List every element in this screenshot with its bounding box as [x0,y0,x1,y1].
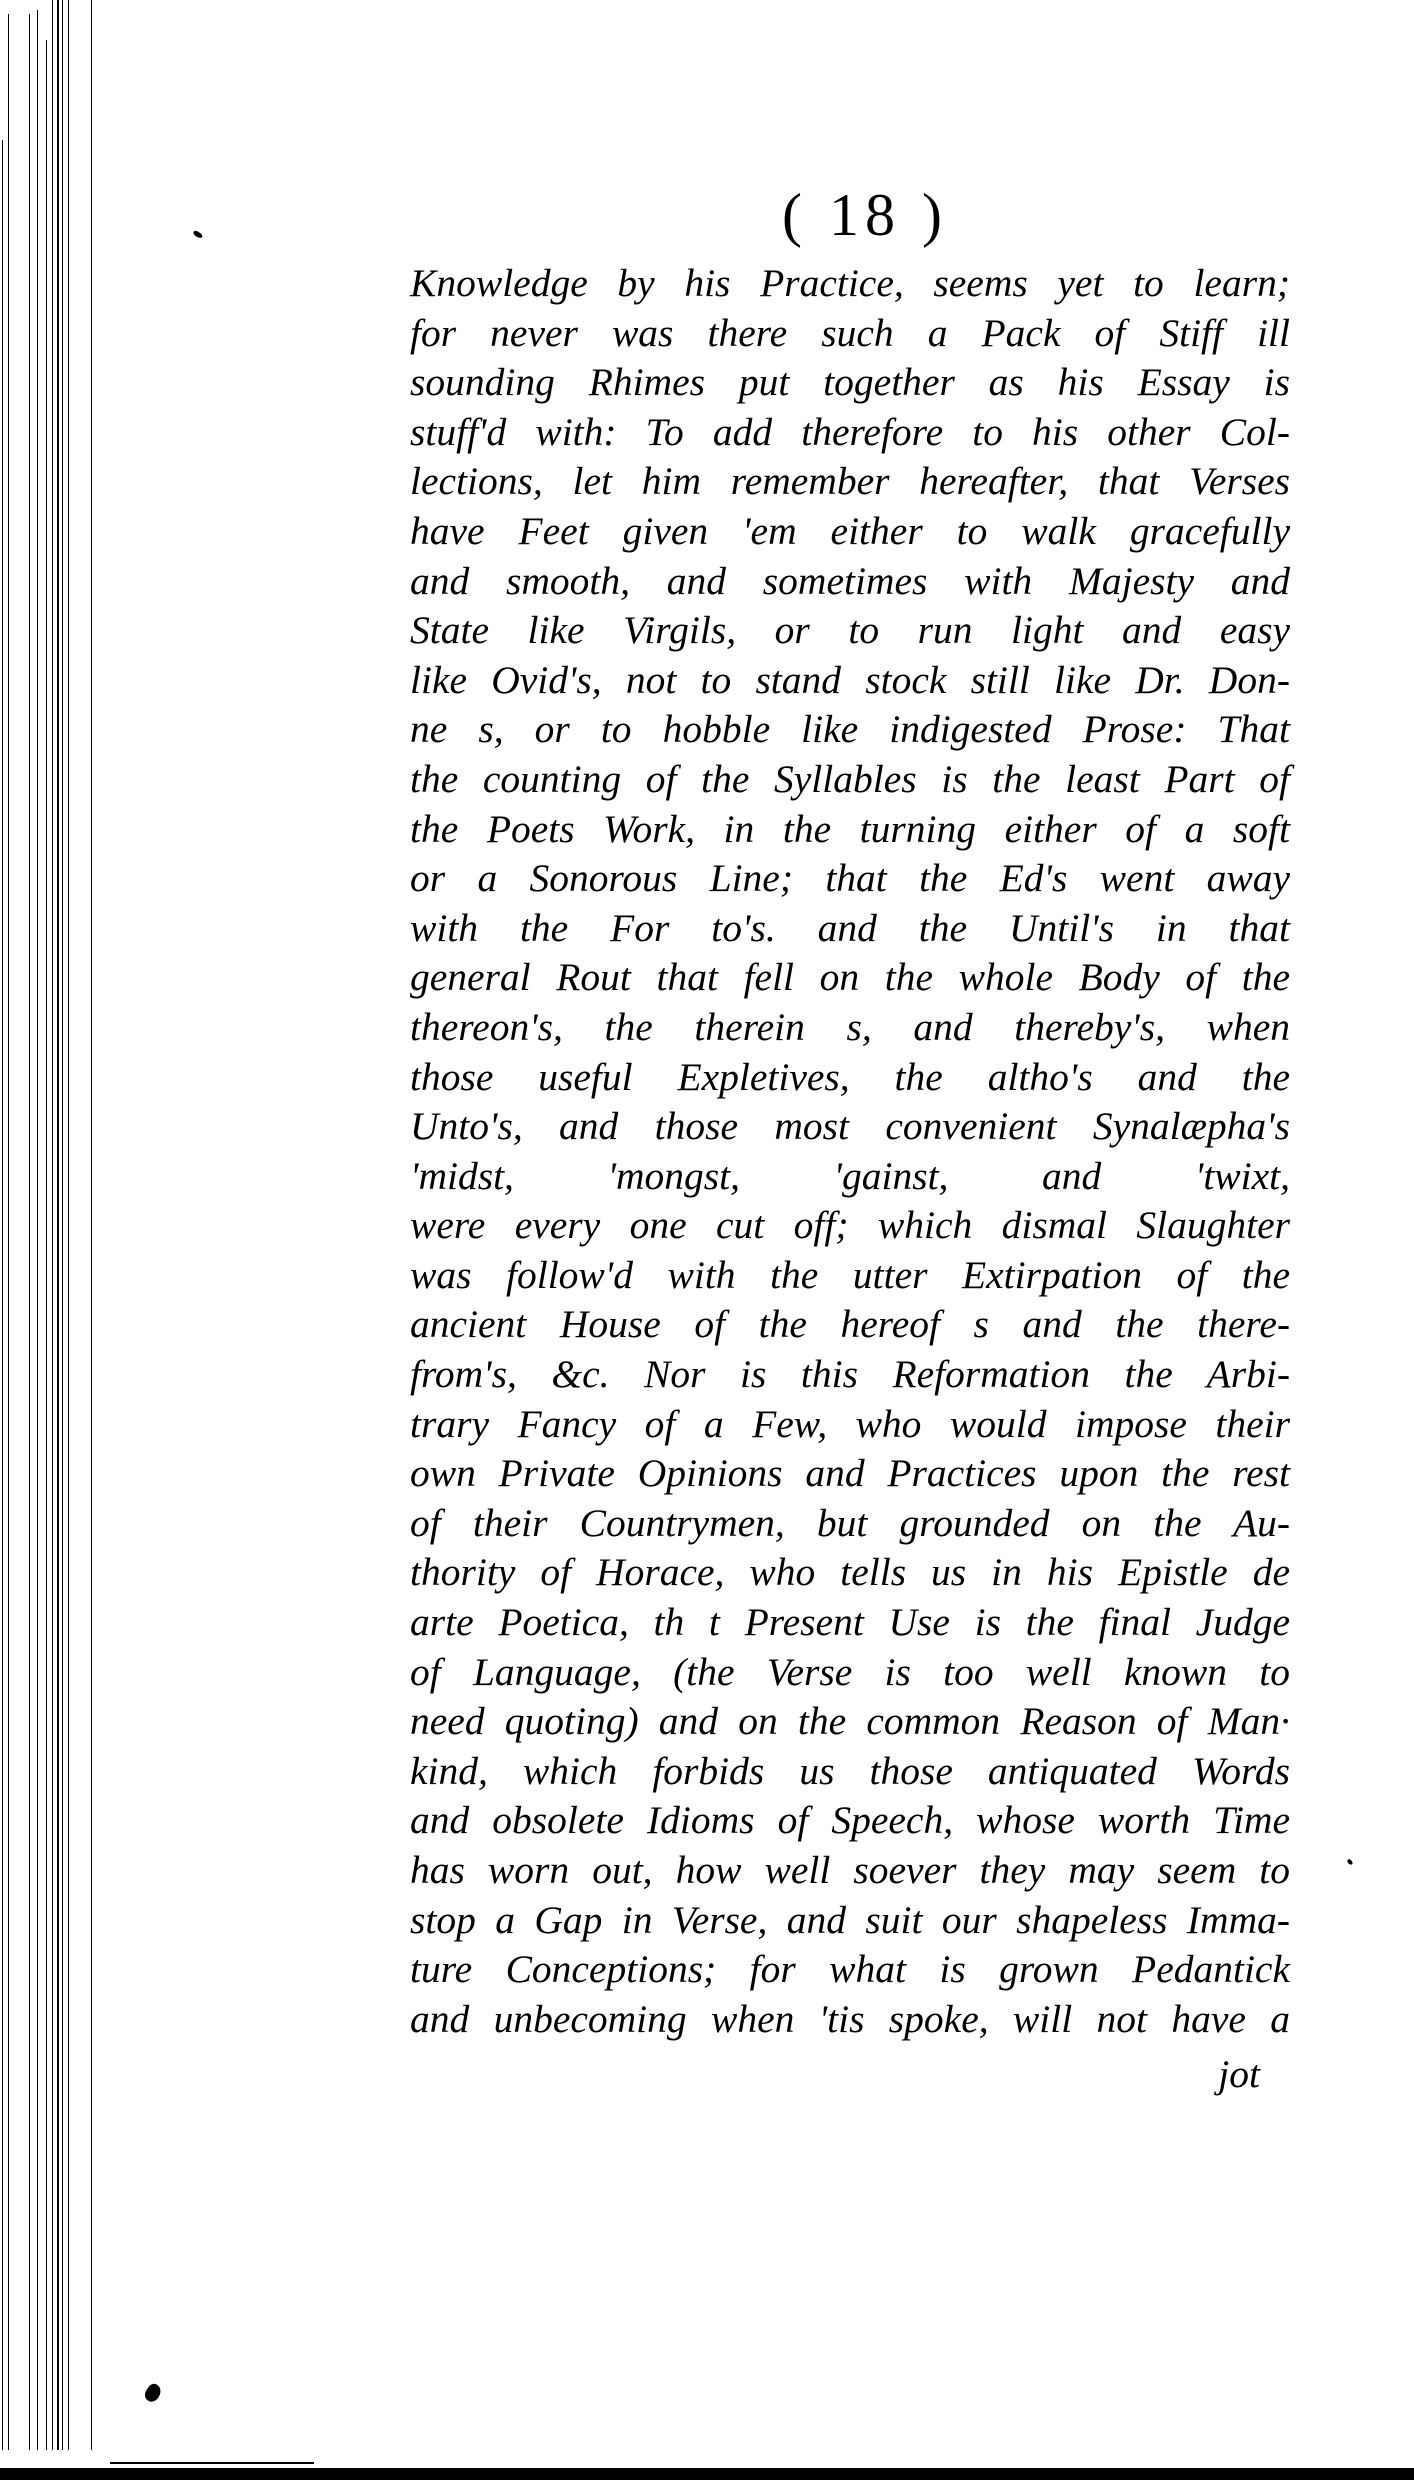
text-line: own Private Opinions and Practices upon … [410,1449,1290,1499]
text-line: lections, let him remember hereafter, th… [410,457,1290,507]
text-line: State like Virgils, or to run light and … [410,606,1290,656]
text-line: thority of Horace, who tells us in his E… [410,1548,1290,1598]
text-line: 'midst, 'mongst, 'gainst, and 'twixt, [410,1152,1290,1202]
gutter-line [2,140,3,2450]
gutter-line [46,40,47,2450]
text-line: has worn out, how well soever they may s… [410,1846,1290,1896]
book-page: ( 18 ) Knowledge by his Practice, seems … [410,175,1290,2100]
text-line: sounding Rhimes put together as his Essa… [410,358,1290,408]
text-line: of their Countrymen, but grounded on the… [410,1499,1290,1549]
page-number: ( 18 ) [410,175,1290,255]
ink-speck [1346,1859,1353,1866]
ink-speck [192,230,203,239]
text-line: like Ovid's, not to stand stock still li… [410,656,1290,706]
text-line: have Feet given 'em either to walk grace… [410,507,1290,557]
gutter-line [68,0,69,2450]
text-line: Knowledge by his Practice, seems yet to … [410,259,1290,309]
text-line: were every one cut off; which dismal Sla… [410,1201,1290,1251]
text-line: trary Fancy of a Few, who would impose t… [410,1400,1290,1450]
text-line: kind, which forbids us those antiquated … [410,1747,1290,1797]
text-line: the counting of the Syllables is the lea… [410,755,1290,805]
text-line: thereon's, the therein s, and thereby's,… [410,1003,1290,1053]
text-line: of Language, (the Verse is too well know… [410,1648,1290,1698]
page-bottom-rule [110,2462,314,2464]
page-bottom-edge [0,2468,1414,2480]
text-line: from's, &c. Nor is this Reformation the … [410,1350,1290,1400]
gutter-line [37,10,38,2450]
text-line: for never was there such a Pack of Stiff… [410,309,1290,359]
text-line: general Rout that fell on the whole Body… [410,953,1290,1003]
text-line: ne s, or to hobble like indigested Prose… [410,705,1290,755]
catchword: jot [410,2050,1290,2100]
gutter-line [29,14,30,2450]
text-line: stop a Gap in Verse, and suit our shapel… [410,1896,1290,1946]
text-line: arte Poetica, th t Present Use is the fi… [410,1598,1290,1648]
gutter-line [91,0,92,2450]
text-line: Unto's, and those most convenient Synalæ… [410,1102,1290,1152]
gutter-line [57,0,59,2450]
text-line: those useful Expletives, the altho's and… [410,1053,1290,1103]
text-line: ture Conceptions; for what is grown Peda… [410,1945,1290,1995]
gutter-line [62,0,63,2450]
text-line: need quoting) and on the common Reason o… [410,1697,1290,1747]
text-line: or a Sonorous Line; that the Ed's went a… [410,854,1290,904]
ink-speck [142,2382,164,2405]
body-text: Knowledge by his Practice, seems yet to … [410,259,1290,2044]
text-line: with the For to's. and the Until's in th… [410,904,1290,954]
text-line: was follow'd with the utter Extirpation … [410,1251,1290,1301]
binding-gutter [0,0,100,2480]
text-line: and smooth, and sometimes with Majesty a… [410,557,1290,607]
text-line: and unbecoming when 'tis spoke, will not… [410,1995,1290,2045]
gutter-line [52,0,53,2450]
text-line: the Poets Work, in the turning either of… [410,805,1290,855]
text-line: stuff'd with: To add therefore to his ot… [410,408,1290,458]
text-line: ancient House of the hereof s and the th… [410,1300,1290,1350]
text-line: and obsolete Idioms of Speech, whose wor… [410,1796,1290,1846]
gutter-line [8,14,9,2450]
